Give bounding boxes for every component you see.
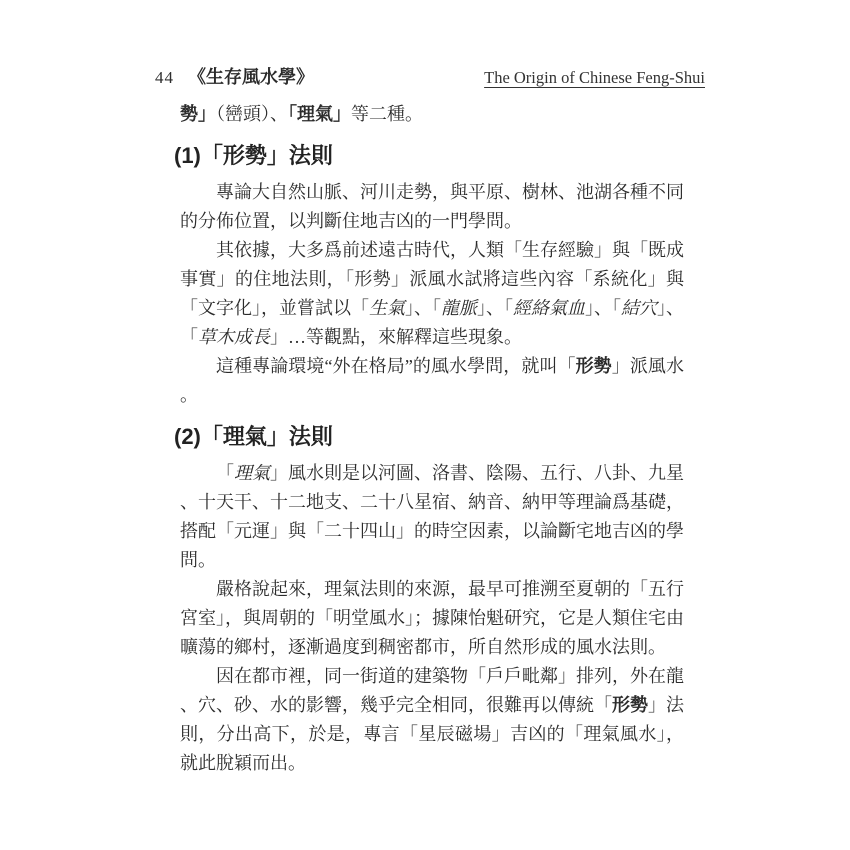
page-number: 44 bbox=[155, 68, 174, 88]
text-segment: 」、「 bbox=[477, 298, 513, 318]
book-page: 44 《生存風水學》 The Origin of Chinese Feng-Sh… bbox=[0, 0, 850, 850]
text-segment: 經絡氣血 bbox=[513, 298, 585, 318]
text-segment: 形勢 bbox=[576, 356, 612, 376]
paragraph: 「理氣」風水則是以河圖、洛書、陰陽、五行、八卦、九星、十天干、十二地支、二十八星… bbox=[180, 459, 684, 575]
page-header-left: 44 《生存風水學》 bbox=[155, 63, 314, 89]
paragraph: 這種專論環境“外在格局”的風水學問，就叫「形勢」派風水。 bbox=[180, 352, 684, 410]
paragraph: 專論大自然山脈、河川走勢，與平原、樹林、池湖各種不同的分佈位置，以判斷住地吉凶的… bbox=[180, 178, 684, 236]
text-segment: 形勢 bbox=[612, 695, 648, 715]
text-segment: 等二種。 bbox=[351, 104, 423, 124]
text-segment: 」、「 bbox=[585, 298, 621, 318]
paragraph: 嚴格說起來，理氣法則的來源，最早可推溯至夏朝的「五行宮室」，與周朝的「明堂風水」… bbox=[180, 575, 684, 662]
text-segment: 專論大自然山脈、河川走勢，與平原、樹林、池湖各種不同的分佈位置，以判斷住地吉凶的… bbox=[180, 182, 684, 231]
text-segment: 草木成長 bbox=[198, 327, 270, 347]
text-segment: 嚴格說起來，理氣法則的來源，最早可推溯至夏朝的「五行宮室」，與周朝的「明堂風水」… bbox=[180, 579, 684, 657]
paragraph: 因在都市裡，同一街道的建築物「戶戶毗鄰」排列，外在龍、穴、砂、水的影響，幾乎完全… bbox=[180, 662, 684, 778]
text-segment: （巒頭）、 bbox=[216, 104, 288, 124]
page-header: 44 《生存風水學》 The Origin of Chinese Feng-Sh… bbox=[155, 63, 705, 89]
page-body: 勢」（巒頭）、「理氣」等二種。(1)「形勢」法則專論大自然山脈、河川走勢，與平原… bbox=[180, 100, 684, 778]
text-segment: 龍脈 bbox=[441, 298, 477, 318]
text-segment: 結穴 bbox=[621, 298, 657, 318]
text-segment: 這種專論環境“外在格局”的風水學問，就叫「 bbox=[216, 356, 576, 376]
text-segment: 」…等觀點，來解釋這些現象。 bbox=[270, 327, 522, 347]
running-title-english: The Origin of Chinese Feng-Shui bbox=[484, 68, 705, 88]
text-segment: 「 bbox=[216, 463, 234, 483]
text-segment: 因在都市裡，同一街道的建築物「戶戶毗鄰」排列，外在龍、穴、砂、水的影響，幾乎完全… bbox=[180, 666, 684, 715]
paragraph: 其依據，大多爲前述遠古時代，人類「生存經驗」與「既成事實」的住地法則，「形勢」派… bbox=[180, 236, 684, 352]
text-segment: 「理氣」 bbox=[288, 104, 351, 124]
book-title: 《生存風水學》 bbox=[188, 63, 314, 89]
text-segment: 」、「 bbox=[405, 298, 441, 318]
text-segment: 勢」 bbox=[180, 104, 216, 124]
text-segment: 生氣 bbox=[369, 298, 405, 318]
continuation-paragraph: 勢」（巒頭）、「理氣」等二種。 bbox=[180, 100, 684, 129]
text-segment: 理氣 bbox=[234, 463, 270, 483]
section-heading-1: (1)「形勢」法則 bbox=[174, 141, 684, 171]
section-heading-2: (2)「理氣」法則 bbox=[174, 422, 684, 452]
